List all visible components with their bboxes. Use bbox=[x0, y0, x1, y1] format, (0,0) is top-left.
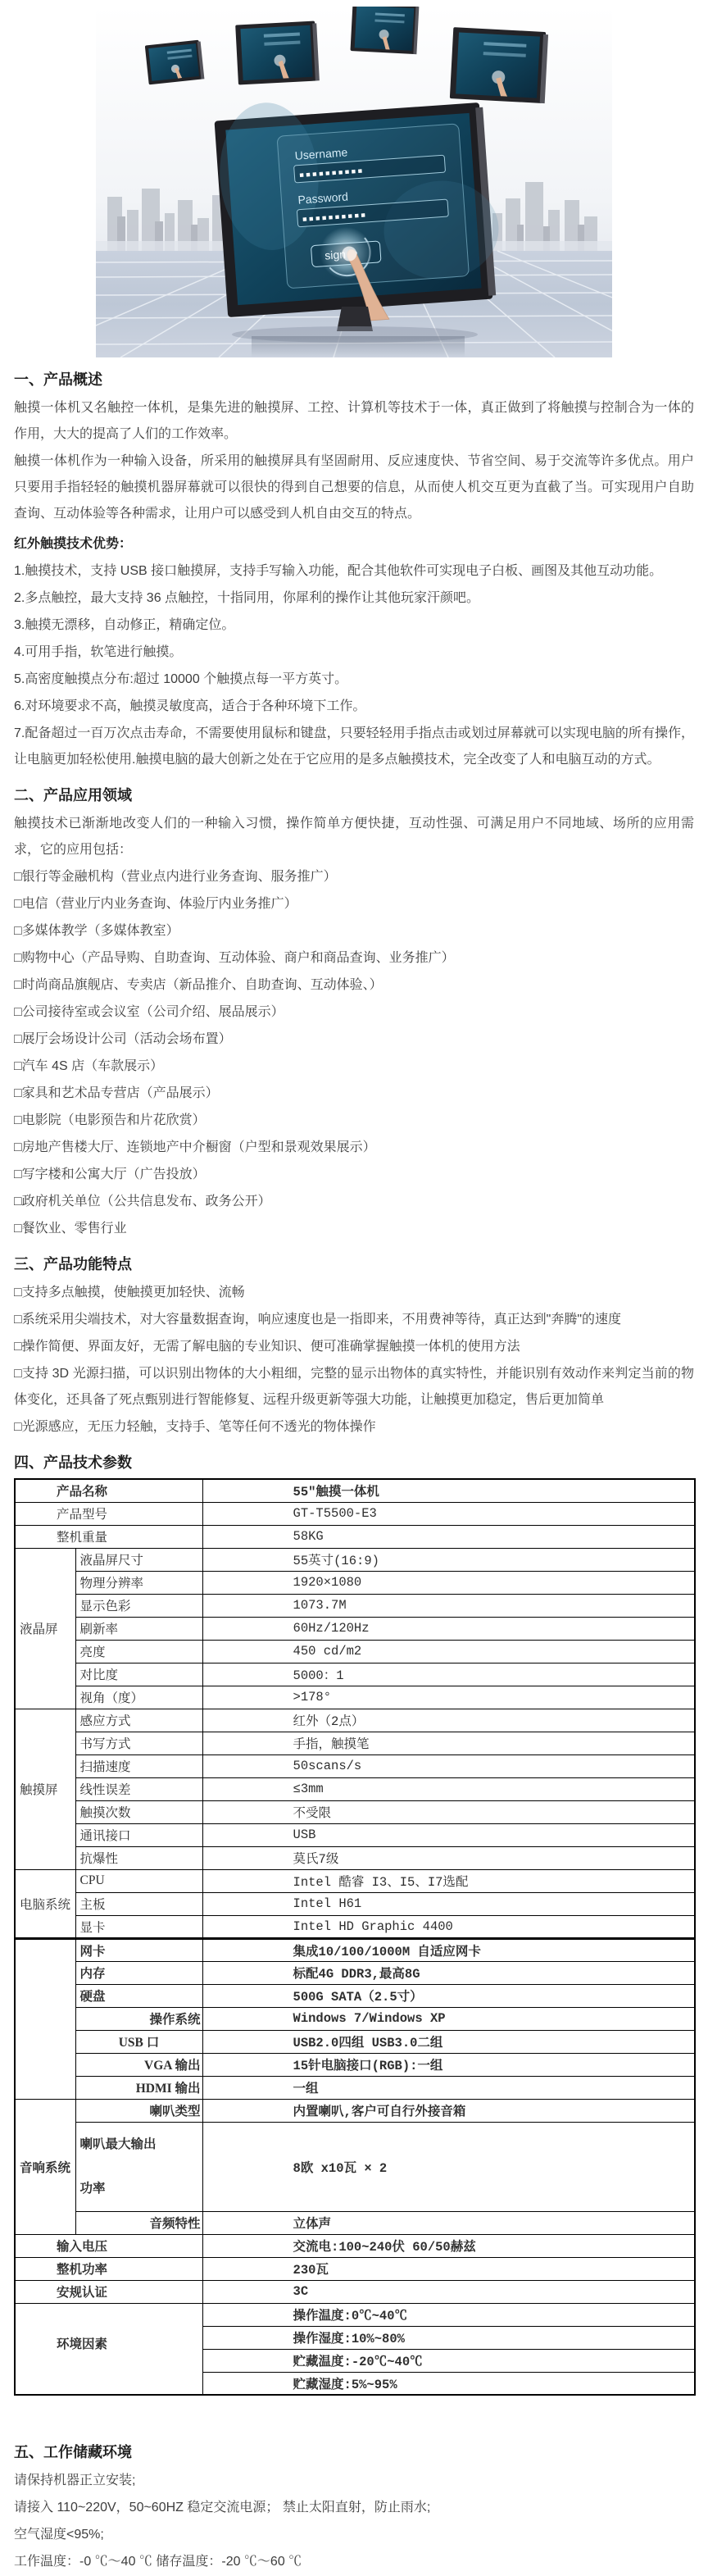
hero-monitor-main: Username ■■■■■■■■■■ Password ■■■■■■■■■■ … bbox=[213, 87, 504, 330]
table-row: 环境因素 操作温度:0℃~40℃ bbox=[15, 2303, 695, 2326]
overview-paragraph-2: 触摸一体机作为一种输入设备，所采用的触摸屏具有坚固耐用、反应速度快、节省空间、易… bbox=[14, 448, 694, 527]
spec-value-cell: 贮藏湿度:5%~95% bbox=[202, 2372, 695, 2395]
spec-value-cell: 一组 bbox=[202, 2076, 695, 2099]
spec-group-cell-audio: 音响系统 bbox=[15, 2099, 75, 2234]
spec-value-cell: USB2.0四组 USB3.0二组 bbox=[202, 2030, 695, 2053]
table-row: VGA 输出15针电脑接口(RGB):一组 bbox=[15, 2053, 695, 2076]
spec-label-cell: 抗爆性 bbox=[75, 1846, 202, 1869]
feature-item: □光源感应，无压力轻触，支持手、笔等任何不透光的物体操作 bbox=[14, 1414, 694, 1440]
spec-label-cell: 网卡 bbox=[75, 1938, 202, 1961]
application-item: □购物中心（产品导购、自助查询、互动体验、商户和商品查询、业务推广） bbox=[14, 945, 694, 972]
spec-value-cell: 交流电:100~240伏 60/50赫兹 bbox=[202, 2234, 695, 2257]
spec-label-cell: 产品型号 bbox=[15, 1502, 202, 1525]
application-item: □公司接待室或会议室（公司介绍、展品展示） bbox=[14, 999, 694, 1026]
spec-label-cell: 扫描速度 bbox=[75, 1755, 202, 1777]
table-row: 通讯接口USB bbox=[15, 1823, 695, 1846]
hero-photo-svg: Username ■■■■■■■■■■ Password ■■■■■■■■■■ … bbox=[96, 7, 612, 357]
table-row: 触摸次数不受限 bbox=[15, 1800, 695, 1823]
table-row: 操作系统Windows 7/Windows XP bbox=[15, 2007, 695, 2030]
storage-heading: 五、工作储藏环境 bbox=[14, 2442, 694, 2463]
table-row: 网卡 集成10/100/1000M 自适应网卡 bbox=[15, 1938, 695, 1961]
feature-item: □支持 3D 光源扫描，可以识别出物体的大小粗细，完整的显示出物体的真实特性，并… bbox=[14, 1361, 694, 1413]
table-row: 抗爆性莫氏7级 bbox=[15, 1846, 695, 1869]
table-row: 主板Intel H61 bbox=[15, 1892, 695, 1915]
spec-value-cell: 不受限 bbox=[202, 1800, 695, 1823]
document-body: 一、产品概述 触摸一体机又名触控一体机，是集先进的触摸屏、工控、计算机等技术于一… bbox=[0, 369, 708, 2575]
features-heading: 三、产品功能特点 bbox=[14, 1254, 694, 1275]
application-item: □房地产售楼大厅、连锁地产中介橱窗（户型和景观效果展示） bbox=[14, 1135, 694, 1161]
table-row: 电脑系统 CPU Intel 酷睿 I3、I5、I7选配 bbox=[15, 1869, 695, 1892]
spec-group-cell-touch: 触摸屏 bbox=[15, 1709, 75, 1869]
table-row: 音频特性立体声 bbox=[15, 2211, 695, 2234]
spec-label-cell: 整机功率 bbox=[15, 2257, 202, 2280]
table-row: 亮度450 cd/m2 bbox=[15, 1640, 695, 1663]
table-row: 液晶屏 液晶屏尺寸 55英寸(16:9) bbox=[15, 1548, 695, 1571]
table-row: 整机功率 230瓦 bbox=[15, 2257, 695, 2280]
applications-heading: 二、产品应用领域 bbox=[14, 785, 694, 806]
spec-label-cell: 安规认证 bbox=[15, 2280, 202, 2303]
specs-heading: 四、产品技术参数 bbox=[14, 1452, 694, 1473]
table-row: 喇叭最大输出功率 8欧 x10瓦 × 2 bbox=[15, 2122, 695, 2211]
application-item: □时尚商品旗舰店、专卖店（新品推介、自助查询、互动体验、） bbox=[14, 972, 694, 999]
storage-section: 五、工作储藏环境 请保持机器正立安装; 请接入 110~220V，50~60HZ… bbox=[14, 2442, 694, 2575]
table-row: 视角（度）>178° bbox=[15, 1686, 695, 1709]
spec-value-cell: 15针电脑接口(RGB):一组 bbox=[202, 2053, 695, 2076]
spec-table: 产品名称 55″触摸一体机 产品型号 GT-T5500-E3 整机重量 58KG… bbox=[14, 1478, 696, 2396]
spec-group-cell-environment: 环境因素 bbox=[15, 2303, 202, 2395]
table-row: 硬盘500G SATA（2.5寸） bbox=[15, 1984, 695, 2007]
table-row: HDMI 输出一组 bbox=[15, 2076, 695, 2099]
table-row: 线性误差≤3mm bbox=[15, 1777, 695, 1800]
table-row: 对比度5000：1 bbox=[15, 1663, 695, 1686]
table-row: 扫描速度50scans/s bbox=[15, 1755, 695, 1777]
spec-value-cell: 操作温度:0℃~40℃ bbox=[202, 2303, 695, 2326]
spec-label-cell: 亮度 bbox=[75, 1640, 202, 1663]
spec-value-cell: 55英寸(16:9) bbox=[202, 1548, 695, 1571]
spec-value-cell: 50scans/s bbox=[202, 1755, 695, 1777]
application-item: □展厅会场设计公司（活动会场布置） bbox=[14, 1026, 694, 1053]
spec-label-cell: 液晶屏尺寸 bbox=[75, 1548, 202, 1571]
spec-value-cell: 红外（2点） bbox=[202, 1709, 695, 1732]
spec-value-cell: 8欧 x10瓦 × 2 bbox=[202, 2122, 695, 2211]
application-item: □电信（营业厅内业务查询、体验厅内业务推广） bbox=[14, 891, 694, 917]
spec-value-cell: 莫氏7级 bbox=[202, 1846, 695, 1869]
spec-value-cell: 操作湿度:10%~80% bbox=[202, 2326, 695, 2349]
product-detail-page: Username ■■■■■■■■■■ Password ■■■■■■■■■■ … bbox=[0, 0, 708, 2576]
application-item: □餐饮业、零售行业 bbox=[14, 1216, 694, 1242]
spec-value-cell: Intel HD Graphic 4400 bbox=[202, 1915, 695, 1938]
spec-value-cell: 5000：1 bbox=[202, 1663, 695, 1686]
application-item: □多媒体教学（多媒体教室） bbox=[14, 918, 694, 944]
spec-label-cell: 通讯接口 bbox=[75, 1823, 202, 1846]
spec-value-cell: 230瓦 bbox=[202, 2257, 695, 2280]
infrared-advantage-item: 5.高密度触摸点分布:超过 10000 个触摸点每一平方英寸。 bbox=[14, 667, 694, 693]
spec-label-cell: 感应方式 bbox=[75, 1709, 202, 1732]
spec-value-cell: >178° bbox=[202, 1686, 695, 1709]
spec-value-cell: Windows 7/Windows XP bbox=[202, 2007, 695, 2030]
spec-value-cell: 手指，触摸笔 bbox=[202, 1732, 695, 1755]
spec-label-cell: 物理分辨率 bbox=[75, 1571, 202, 1594]
spec-value-cell: GT-T5500-E3 bbox=[202, 1502, 695, 1525]
spec-group-cell-pc: 电脑系统 bbox=[15, 1869, 75, 1938]
application-item: □电影院（电影预告和片花欣赏） bbox=[14, 1108, 694, 1134]
spec-label-cell: 显示色彩 bbox=[75, 1594, 202, 1617]
table-row: 刷新率60Hz/120Hz bbox=[15, 1617, 695, 1640]
application-item: □写字楼和公寓大厅（广告投放） bbox=[14, 1162, 694, 1188]
table-row: 音响系统 喇叭类型 内置喇叭,客户可自行外接音箱 bbox=[15, 2099, 695, 2122]
spec-label-cell: 音频特性 bbox=[75, 2211, 202, 2234]
spec-value-cell: 1073.7M bbox=[202, 1594, 695, 1617]
spec-label-cell: HDMI 输出 bbox=[75, 2076, 202, 2099]
storage-line: 工作温度：-0 ℃～40 ℃ 储存温度：-20 ℃～60 ℃ bbox=[14, 2549, 694, 2575]
spec-value-cell: 450 cd/m2 bbox=[202, 1640, 695, 1663]
spec-label-cell: 刷新率 bbox=[75, 1617, 202, 1640]
applications-intro: 触摸技术已渐渐地改变人们的一种输入习惯，操作简单方便快捷，互动性强、可满足用户不… bbox=[14, 811, 694, 863]
spec-label-cell: 显卡 bbox=[75, 1915, 202, 1938]
spec-label-cell: 内存 bbox=[75, 1961, 202, 1984]
spec-label-cell: 产品名称 bbox=[15, 1479, 202, 1502]
overview-heading: 一、产品概述 bbox=[14, 369, 694, 390]
hero-monitor-small-1 bbox=[145, 39, 205, 84]
table-row: 整机重量 58KG bbox=[15, 1525, 695, 1548]
spec-value-cell: 内置喇叭,客户可自行外接音箱 bbox=[202, 2099, 695, 2122]
spec-label-cell: 喇叭最大输出功率 bbox=[75, 2122, 202, 2211]
spec-label-cell: VGA 输出 bbox=[75, 2053, 202, 2076]
hero-monitor-small-2 bbox=[235, 20, 320, 84]
table-row: USB 口USB2.0四组 USB3.0二组 bbox=[15, 2030, 695, 2053]
spec-label-cell: USB 口 bbox=[75, 2030, 202, 2053]
spec-value-cell: 55″触摸一体机 bbox=[202, 1479, 695, 1502]
infrared-advantage-item: 3.触摸无漂移，自动修正，精确定位。 bbox=[14, 612, 694, 639]
hero-monitor-small-4 bbox=[450, 27, 548, 103]
table-row: 产品名称 55″触摸一体机 bbox=[15, 1479, 695, 1502]
infrared-advantage-item: 4.可用手指，软笔进行触摸。 bbox=[14, 639, 694, 666]
spec-value-cell: 立体声 bbox=[202, 2211, 695, 2234]
spec-label-cell: 触摸次数 bbox=[75, 1800, 202, 1823]
overview-paragraph-1: 触摸一体机又名触控一体机，是集先进的触摸屏、工控、计算机等技术于一体，真正做到了… bbox=[14, 395, 694, 448]
application-item: □汽车 4S 店（车款展示） bbox=[14, 1054, 694, 1080]
spec-label-cell: 输入电压 bbox=[15, 2234, 202, 2257]
spec-value-cell: Intel 酷睿 I3、I5、I7选配 bbox=[202, 1869, 695, 1892]
storage-line: 空气湿度<95%; bbox=[14, 2522, 694, 2548]
monitor-reflection bbox=[252, 336, 465, 357]
spec-label-cell: 整机重量 bbox=[15, 1525, 202, 1548]
spec-label-cell: 主板 bbox=[75, 1892, 202, 1915]
table-row: 物理分辨率1920×1080 bbox=[15, 1571, 695, 1594]
application-item: □银行等金融机构（营业点内进行业务查询、服务推广） bbox=[14, 864, 694, 890]
spec-group-cell-lcd: 液晶屏 bbox=[15, 1548, 75, 1709]
table-row: 触摸屏 感应方式 红外（2点） bbox=[15, 1709, 695, 1732]
spec-label-cell: 书写方式 bbox=[75, 1732, 202, 1755]
infrared-advantage-item: 2.多点触控，最大支持 36 点触控，十指同用，你犀利的操作让其他玩家汗颜吧。 bbox=[14, 585, 694, 612]
infrared-advantage-item: 1.触摸技术，支持 USB 接口触摸屏，支持手写输入功能，配合其他软件可实现电子… bbox=[14, 558, 694, 585]
spec-value-cell: 贮藏温度:-20℃~40℃ bbox=[202, 2349, 695, 2372]
spec-value-cell: USB bbox=[202, 1823, 695, 1846]
spec-value-cell: 1920×1080 bbox=[202, 1571, 695, 1594]
infrared-advantage-item: 7.配备超过一百万次点击寿命，不需要使用鼠标和键盘，只要轻轻用手指点击或划过屏幕… bbox=[14, 721, 694, 773]
spec-value-cell: 标配4G DDR3,最高8G bbox=[202, 1961, 695, 1984]
spec-value-cell: 58KG bbox=[202, 1525, 695, 1548]
feature-item: □操作简便、界面友好，无需了解电脑的专业知识、便可准确掌握触摸一体机的使用方法 bbox=[14, 1334, 694, 1360]
hero-monitor-small-3 bbox=[350, 7, 419, 54]
spec-label-cell: CPU bbox=[75, 1869, 202, 1892]
application-item: □政府机关单位（公共信息发布、政务公开） bbox=[14, 1189, 694, 1215]
spec-value-cell: 60Hz/120Hz bbox=[202, 1617, 695, 1640]
spec-table-normal-section: 产品名称 55″触摸一体机 产品型号 GT-T5500-E3 整机重量 58KG… bbox=[15, 1479, 695, 1938]
spec-value-cell: 500G SATA（2.5寸） bbox=[202, 1984, 695, 2007]
spec-label-cell: 硬盘 bbox=[75, 1984, 202, 2007]
spec-value-cell: Intel H61 bbox=[202, 1892, 695, 1915]
spec-label-cell: 视角（度） bbox=[75, 1686, 202, 1709]
spec-label-cell: 操作系统 bbox=[75, 2007, 202, 2030]
product-hero-image: Username ■■■■■■■■■■ Password ■■■■■■■■■■ … bbox=[96, 7, 612, 357]
table-row: 显卡Intel HD Graphic 4400 bbox=[15, 1915, 695, 1938]
spec-value-cell: 3C bbox=[202, 2280, 695, 2303]
application-item: □家具和艺术品专营店（产品展示） bbox=[14, 1081, 694, 1107]
infrared-advantages-subheading: 红外触摸技术优势： bbox=[14, 532, 694, 557]
table-row: 输入电压 交流电:100~240伏 60/50赫兹 bbox=[15, 2234, 695, 2257]
feature-item: □支持多点触摸，使触摸更加轻快、流畅 bbox=[14, 1280, 694, 1306]
table-row: 产品型号 GT-T5500-E3 bbox=[15, 1502, 695, 1525]
spec-value-cell: 集成10/100/1000M 自适应网卡 bbox=[202, 1938, 695, 1961]
spec-label-cell: 线性误差 bbox=[75, 1777, 202, 1800]
spec-group-cell-empty bbox=[15, 1938, 75, 2099]
storage-line: 请保持机器正立安装; bbox=[14, 2468, 694, 2494]
spec-value-cell: ≤3mm bbox=[202, 1777, 695, 1800]
spec-table-bold-section: 网卡 集成10/100/1000M 自适应网卡 内存标配4G DDR3,最高8G… bbox=[15, 1938, 695, 2395]
spec-label-cell: 对比度 bbox=[75, 1663, 202, 1686]
table-row: 内存标配4G DDR3,最高8G bbox=[15, 1961, 695, 1984]
table-row: 书写方式手指，触摸笔 bbox=[15, 1732, 695, 1755]
storage-line: 请接入 110~220V，50~60HZ 稳定交流电源； 禁止太阳直射，防止雨水… bbox=[14, 2495, 694, 2521]
table-row: 显示色彩1073.7M bbox=[15, 1594, 695, 1617]
table-row: 安规认证 3C bbox=[15, 2280, 695, 2303]
spec-label-cell: 喇叭类型 bbox=[75, 2099, 202, 2122]
feature-item: □系统采用尖端技术，对大容量数据查询，响应速度也是一指即来，不用费神等待，真正达… bbox=[14, 1307, 694, 1333]
infrared-advantage-item: 6.对环境要求不高，触摸灵敏度高，适合于各种环境下工作。 bbox=[14, 694, 694, 720]
